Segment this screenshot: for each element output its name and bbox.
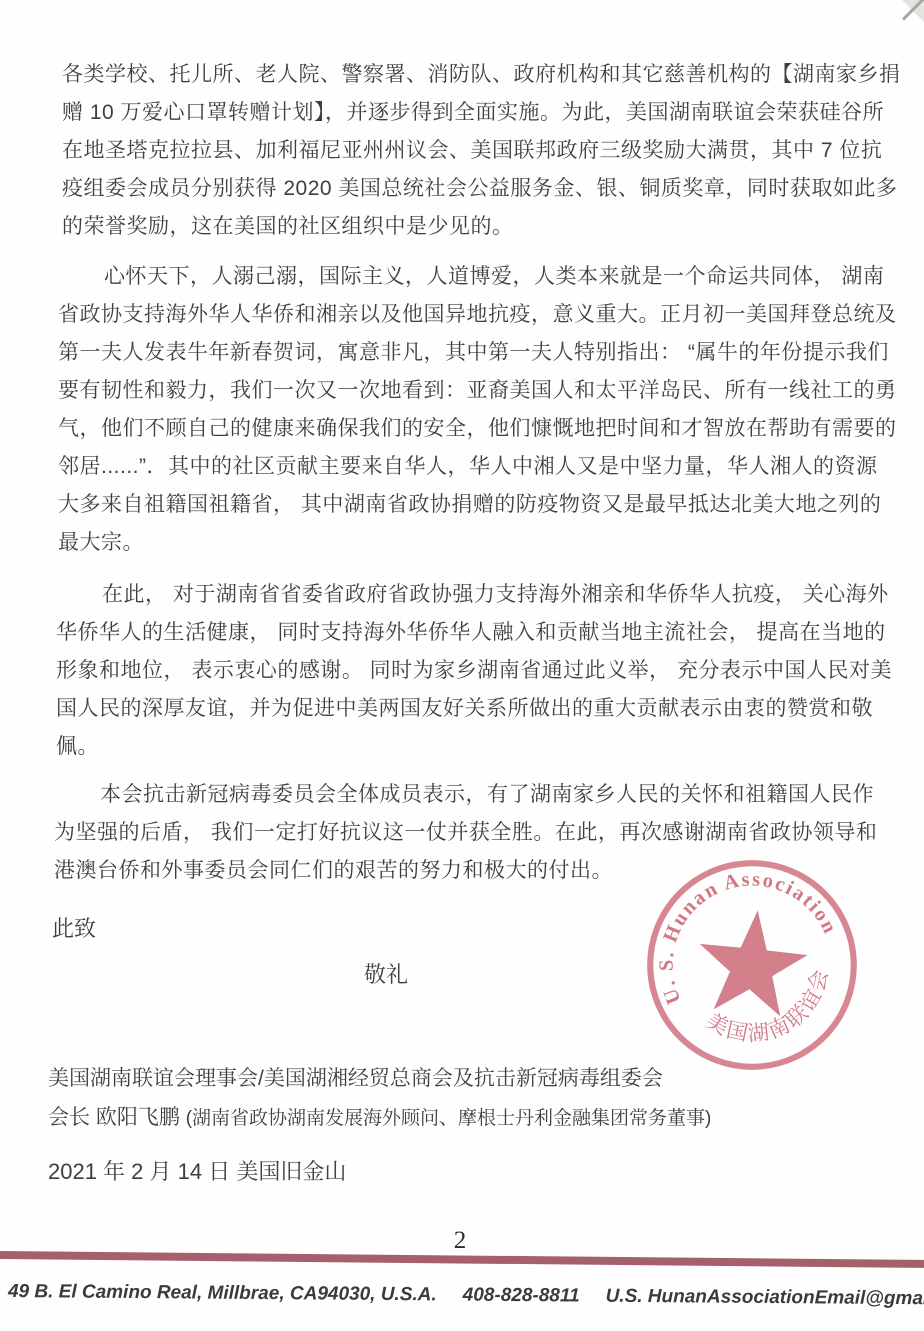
body-line: 为坚强的后盾， 我们一定打好抗议这一仗并获全胜。在此，再次感谢湖南省政协领导和 — [54, 814, 877, 852]
body-line: 本会抗击新冠病毒委员会全体成员表示，有了湖南家乡人民的关怀和祖籍国人民作 — [54, 776, 877, 814]
paragraph-1: 各类学校、托儿所、老人院、警察署、消防队、政府机构和其它慈善机构的【湖南家乡捐 … — [62, 56, 901, 246]
signer-title-name: 会长 欧阳飞鹏 — [48, 1106, 180, 1129]
body-line: 大多来自祖籍国祖籍省， 其中湖南省政协捐赠的防疫物资又是最早抵达北美大地之列的 — [58, 486, 897, 524]
body-line: 心怀天下，人溺己溺，国际主义，人道博爱，人类本来就是一个命运共同体， 湖南 — [58, 258, 897, 296]
paragraph-3: 在此， 对于湖南省省委省政府省政协强力支持海外湘亲和华侨华人抗疫， 关心海外 华… — [56, 576, 892, 766]
body-line: 赠 10 万爱心口罩转赠计划】，并逐步得到全面实施。为此，美国湖南联谊会荣获硅谷… — [62, 94, 901, 132]
footer-address: 49 B. El Camino Real, Millbrae, CA94030,… — [8, 1281, 437, 1306]
paragraph-2: 心怀天下，人溺己溺，国际主义，人道博爱，人类本来就是一个命运共同体， 湖南 省政… — [58, 258, 897, 562]
body-line: 最大宗。 — [58, 524, 897, 562]
signer-note: (湖南省政协湖南发展海外顾问、摩根士丹利金融集团常务董事) — [186, 1108, 712, 1129]
closing-regards: 敬礼 — [364, 958, 408, 989]
body-line: 国人民的深厚友谊，并为促进中美两国友好关系所做出的重大贡献表示由衷的赞赏和敬 — [56, 690, 892, 728]
body-line: 华侨华人的生活健康， 同时支持海外华侨华人融入和贡献当地主流社会， 提高在当地的 — [56, 614, 892, 652]
body-line: 气，他们不顾自己的健康来确保我们的安全，他们慷慨地把时间和才智放在帮助有需要的 — [58, 410, 897, 448]
paragraph-4: 本会抗击新冠病毒委员会全体成员表示，有了湖南家乡人民的关怀和祖籍国人民作 为坚强… — [54, 776, 877, 890]
body-line: 的荣誉奖励，这在美国的社区组织中是少见的。 — [62, 208, 901, 246]
body-line: 在此， 对于湖南省省委省政府省政协强力支持海外湘亲和华侨华人抗疫， 关心海外 — [56, 576, 892, 614]
body-line: 佩。 — [56, 728, 892, 766]
page-number: 2 — [400, 1227, 520, 1255]
date-line: 2021 年 2 月 14 日 美国旧金山 — [48, 1155, 346, 1186]
closing-salute: 此致 — [52, 912, 96, 943]
signature-name: 会长 欧阳飞鹏 (湖南省政协湖南发展海外顾问、摩根士丹利金融集团常务董事) — [48, 1101, 711, 1131]
letter-page: 各类学校、托儿所、老人院、警察署、消防队、政府机构和其它慈善机构的【湖南家乡捐 … — [0, 0, 924, 1331]
body-line: 各类学校、托儿所、老人院、警察署、消防队、政府机构和其它慈善机构的【湖南家乡捐 — [62, 56, 901, 94]
body-line: 形象和地位， 表示衷心的感谢。 同时为家乡湖南省通过此义举， 充分表示中国人民对… — [56, 652, 892, 690]
body-line: 疫组委会成员分别获得 2020 美国总统社会公益服务金、银、铜质奖章，同时获取如… — [62, 170, 901, 208]
body-line: 第一夫人发表牛年新春贺词，寓意非凡，其中第一夫人特别指出： “属牛的年份提示我们 — [58, 334, 897, 372]
body-line: 在地圣塔克拉拉县、加利福尼亚州州议会、美国联邦政府三级奖励大满贯，其中 7 位抗 — [62, 132, 901, 170]
footer-phone: 408-828-8811 — [463, 1285, 580, 1308]
footer: 49 B. El Camino Real, Millbrae, CA94030,… — [8, 1281, 914, 1310]
body-line: 省政协支持海外华人华侨和湘亲以及他国异地抗疫，意义重大。正月初一美国拜登总统及 — [58, 296, 897, 334]
signature-organization: 美国湖南联谊会理事会/美国湖湘经贸总商会及抗击新冠病毒组委会 — [48, 1062, 663, 1092]
body-line: 港澳台侨和外事委员会同仁们的艰苦的努力和极大的付出。 — [54, 852, 877, 890]
body-line: 要有韧性和毅力，我们一次又一次地看到：亚裔美国人和太平洋岛民、所有一线社工的勇 — [58, 372, 897, 410]
star-icon — [693, 905, 812, 1019]
body-line: 邻居......”．其中的社区贡献主要来自华人，华人中湘人又是中坚力量，华人湘人… — [58, 448, 897, 486]
footer-email: U.S. HunanAssociationEmail@gmail.com — [606, 1286, 924, 1311]
stamp-bottom-text: 美国湖南联谊会 — [696, 958, 850, 1068]
